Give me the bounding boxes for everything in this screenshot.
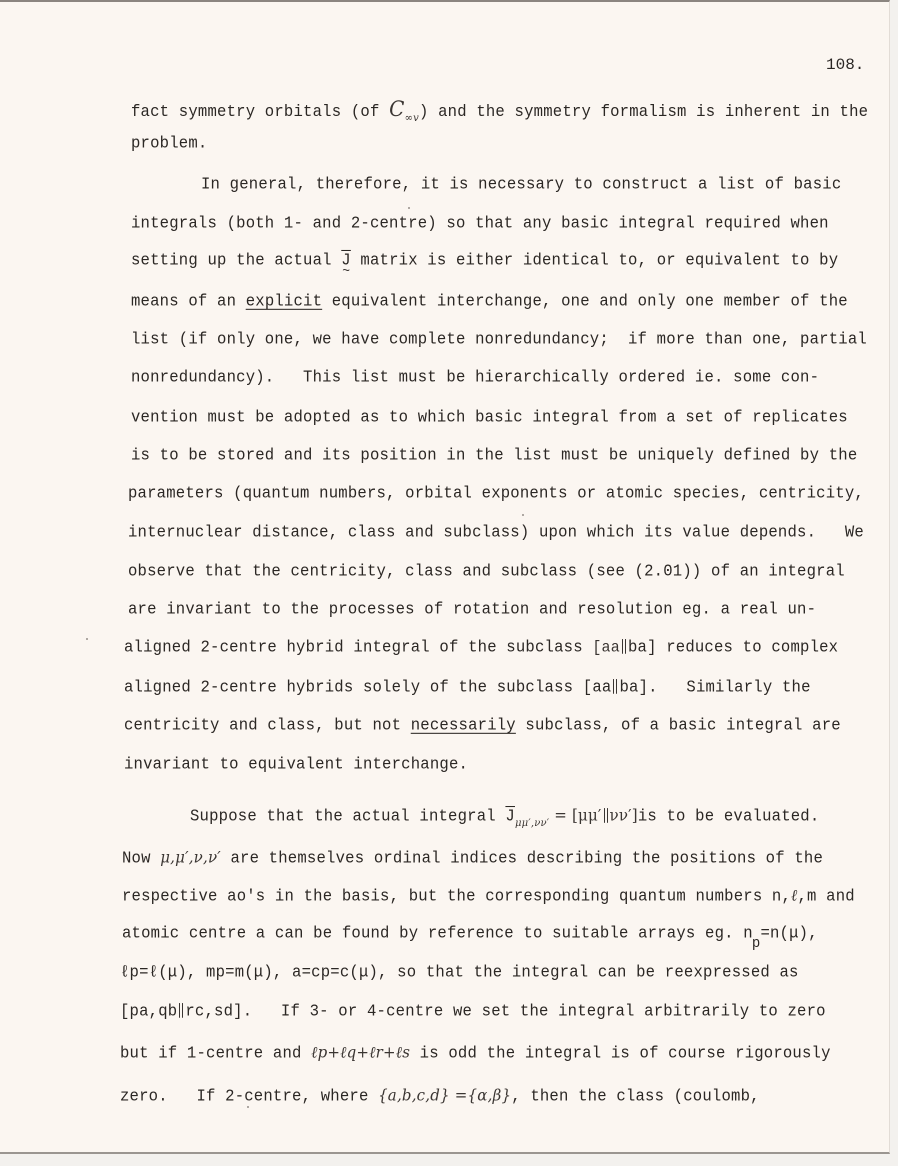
text-segment: equivalent interchange, one and only one… [322, 292, 848, 311]
text-segment: are themselves ordinal indices describin… [221, 849, 823, 868]
scan-speck [86, 638, 88, 640]
page-number: 108. [826, 56, 864, 74]
subclass-bracket-right: ba] [619, 678, 648, 697]
subscript: p [752, 936, 761, 953]
text-line: is to be stored and its position in the … [131, 446, 857, 465]
text-line: ℓp=ℓ(μ), mp=m(μ), a=cp=c(μ), so that the… [120, 963, 799, 982]
matrix-symbol-j: J [341, 251, 351, 270]
text-segment: is odd the integral is of course rigorou… [410, 1044, 831, 1063]
text-line: problem. [131, 134, 207, 153]
text-segment: =n(μ), [760, 924, 817, 943]
text-segment: centricity and class, but not [124, 716, 411, 735]
text-line: means of an explicit equivalent intercha… [131, 292, 848, 311]
text-segment: ) and the symmetry formalism is inherent… [419, 102, 868, 121]
text-segment: matrix is either identical to, or equiva… [351, 251, 838, 270]
text-segment: . Similarly the [648, 678, 810, 697]
double-bar-icon [179, 1003, 183, 1018]
text-line: are invariant to the processes of rotati… [128, 600, 816, 619]
text-line: observe that the centricity, class and s… [128, 562, 845, 581]
integral-subscript: μμ′,νν′ [515, 818, 549, 830]
symmetry-group-symbol: C∞v [389, 96, 419, 121]
double-bar-icon [613, 679, 617, 694]
text-line: aligned 2-centre hybrids solely of the s… [124, 678, 811, 697]
text-segment: [pa,qb [120, 1002, 177, 1021]
integral-symbol-j: J [505, 807, 515, 826]
text-line: setting up the actual J matrix is either… [131, 251, 838, 270]
text-segment: setting up the actual [131, 251, 341, 270]
scan-speck [408, 207, 410, 209]
text-line: Now μ,μ′,ν,ν′ are themselves ordinal ind… [122, 848, 823, 868]
text-line: fact symmetry orbitals (of C∞v) and the … [131, 96, 868, 124]
paragraph-first-line: In general, therefore, it is necessary t… [201, 175, 841, 194]
text-line: internuclear distance, class and subclas… [128, 523, 864, 542]
text-line: but if 1-centre and ℓp+ℓq+ℓr+ℓs is odd t… [120, 1043, 831, 1063]
text-line: vention must be adopted as to which basi… [131, 408, 848, 427]
paragraph-first-line: Suppose that the actual integral Jμμ′,νν… [190, 806, 819, 829]
scan-speck [247, 1106, 249, 1108]
text-line: respective ao's in the basis, but the co… [122, 886, 855, 906]
symbol-subscript: ∞v [405, 113, 419, 125]
text-line: atomic centre a can be found by referenc… [122, 924, 818, 943]
symbol-glyph: C [389, 96, 405, 121]
text-line: parameters (quantum numbers, orbital exp… [128, 484, 864, 503]
double-bar-icon [604, 808, 608, 823]
text-line: integrals (both 1- and 2-centre) so that… [131, 214, 829, 233]
text-line: [pa,qbrc,sd]. If 3- or 4-centre we set t… [120, 1002, 826, 1021]
text-segment: subclass, of a basic integral are [516, 716, 841, 735]
scan-speck [522, 514, 524, 516]
underlined-word: necessarily [411, 716, 516, 735]
text-line: zero. If 2-centre, where {a,b,c,d} ={α,β… [120, 1086, 760, 1106]
text-segment: atomic centre a can be found by referenc… [122, 924, 753, 943]
underlined-word: explicit [246, 292, 322, 311]
double-bar-icon [622, 639, 626, 654]
text-segment: ,m and [798, 887, 855, 906]
subclass-bracket-left: [aa [583, 678, 612, 697]
text-segment: Now [122, 849, 160, 868]
handwritten-indices: μ,μ′,ν,ν′ [160, 848, 221, 867]
text-line: aligned 2-centre hybrid integral of the … [124, 638, 838, 657]
text-segment: rc,sd]. If 3- or 4-centre we set the int… [185, 1002, 825, 1021]
subclass-bracket-right: ba] [628, 638, 657, 657]
text-segment: respective ao's in the basis, but the co… [122, 887, 791, 906]
text-line: list (if only one, we have complete nonr… [131, 330, 867, 349]
document-page: 108. fact symmetry orbitals (of C∞v) and… [0, 0, 890, 1154]
text-segment: reduces to complex [657, 638, 839, 657]
text-segment: Suppose that the actual integral [190, 807, 505, 826]
text-segment: , then the class (coulomb, [511, 1087, 760, 1106]
text-segment: aligned 2-centre hybrid integral of the … [124, 638, 592, 657]
text-segment: means of an [131, 292, 246, 311]
text-segment: aligned 2-centre hybrids solely of the s… [124, 678, 583, 697]
text-segment: but if 1-centre and [120, 1044, 311, 1063]
text-line: invariant to equivalent interchange. [124, 755, 468, 774]
subclass-bracket-left: [aa [592, 639, 620, 657]
text-line: centricity and class, but not necessaril… [124, 716, 841, 735]
handwritten-set-notation: {a,b,c,d} ={α,β} [378, 1086, 511, 1105]
integral-bracket-right: νν′] [610, 806, 638, 825]
text-segment: fact symmetry orbitals (of [131, 102, 389, 121]
text-segment: is to be evaluated. [638, 807, 820, 826]
text-segment: zero. If 2-centre, where [120, 1087, 378, 1106]
handwritten-ell-sum: ℓp+ℓq+ℓr+ℓs [311, 1043, 410, 1062]
text-line: nonredundancy). This list must be hierar… [131, 368, 819, 387]
integral-bracket-left: = [μμ′ [549, 806, 601, 825]
